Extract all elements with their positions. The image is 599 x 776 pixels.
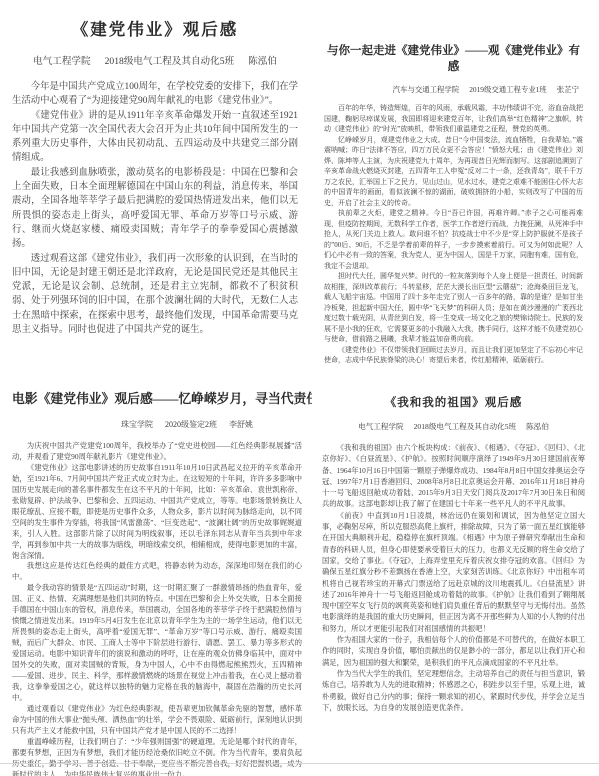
byline-college: 珠宝学院 — [121, 420, 153, 429]
essay-paragraph: 百年的年华，铸造辉煌，百年的风雨，承载风霜，丰功伟绩讲不完，浴血奋战把国建，鞠躬… — [324, 103, 583, 135]
essay-paragraph: 重温峥嵘历程，让我们明白了：“少年强则国强”的硬道理。无论是哪个时代的青年，都要… — [12, 737, 302, 776]
byline-class: 2018级电气工程及其自动化5班 — [105, 56, 235, 67]
essay-body: 今年是中国共产党成立100周年，在学校党委的安排下，我们在学生活动中心观看了“为… — [12, 80, 298, 337]
essay-byline: 电气工程学院2018级电气工程及其自动化5班陈泓伯 — [322, 421, 585, 432]
essay-paragraph: 《建党伟业》讲的是从1911年辛亥革命爆发开始一直叙述至1921年中国共产党第一… — [12, 109, 298, 166]
essay-walk-into-jiandangweiye: 与你一起走进《建党伟业》——观《建党伟业》有感 汽车与交通工程学院2019级交通… — [312, 0, 599, 378]
byline-class: 2018级电气工程及其自动化5班 — [414, 422, 517, 431]
essay-paragraph: 作为当代大学生的我们，坚定理想信念，主动培养自己的责任与担当意识，锻炼自己，培养… — [322, 668, 585, 713]
essay-title: 电影《建党伟业》观后感——忆峥嵘岁月，寻当代责任 — [12, 388, 302, 407]
essay-body: 百年的年华，铸造辉煌，百年的风雨，承载风霜，丰功伟绩讲不完，浴血奋战把国建，鞠躬… — [324, 103, 583, 366]
essay-byline: 汽车与交通工程学院2019级交通工程专业1班张芷宁 — [324, 84, 583, 95]
essay-paragraph: 为庆祝中国共产党建党100周年，我校举办了“党史进校园——红色经典影视展播”活动… — [12, 441, 302, 463]
byline-college: 汽车与交通工程学院 — [393, 85, 460, 94]
essay-body: 为庆祝中国共产党建党100周年，我校举办了“党史进校园——红色经典影视展播”活动… — [12, 441, 302, 776]
essay-body: 《我和我的祖国》由六个板块构成：《前夜》、《相遇》、《夺冠》、《回归》、《北京你… — [322, 442, 585, 713]
byline-class: 2019级交通工程专业1班 — [469, 85, 547, 94]
essay-title: 《我和我的祖国》观后感 — [322, 394, 585, 410]
essay-paragraph: 最令我动容的情景是“五四运动”时期，这一时期汇聚了一群激情昂扬的热血青年，爱国、… — [12, 583, 302, 703]
essay-byline: 珠宝学院2020级鉴定2班李舒姚 — [12, 419, 302, 430]
byline-college: 电气工程学院 — [358, 422, 404, 431]
essay-paragraph: 执前辈之火炬，建党之精神。今日“吾已许国，再难许卿。”赤子之心可能再难现，但疫防… — [324, 208, 583, 271]
byline-author: 陈泓伯 — [526, 422, 549, 431]
essay-byline: 电气工程学院2018级电气工程及其自动化5班陈泓伯 — [12, 53, 298, 67]
essay-title: 《建党伟业》观后感 — [12, 16, 298, 40]
byline-author: 张芷宁 — [557, 85, 579, 94]
essay-paragraph: 忆峥嵘岁月，观建党伟业之大成。昔日“今中国变法，流血牺牲，自我辈始。”震震呐喊；… — [324, 135, 583, 209]
essay-movie-jiandangweiye-review: 电影《建党伟业》观后感——忆峥嵘岁月，寻当代责任 珠宝学院2020级鉴定2班李舒… — [0, 378, 312, 776]
essay-paragraph: 我想这应是传达红色经典的最佳方式吧，将静态转为动态，深深地印刻在我们的心中。 — [12, 561, 302, 583]
essay-jiandangweiye-review: 《建党伟业》观后感 电气工程学院2018级电气工程及其自动化5班陈泓伯 今年是中… — [0, 0, 312, 378]
essay-paragraph: 通过观看以《建党伟业》为红色经典影视，使吾辈更加钦佩革命先驱的智慧，感怀革命为中… — [12, 704, 302, 737]
essay-paragraph: 透过观看这部《建党伟业》，我们再一次形象的认识到，在当时的旧中国，无论是封建王朝… — [12, 252, 298, 338]
byline-class: 2020级鉴定2班 — [165, 420, 217, 429]
document-page: 《建党伟业》观后感 电气工程学院2018级电气工程及其自动化5班陈泓伯 今年是中… — [0, 0, 599, 776]
essay-paragraph: 担时代大任，圆华复兴梦。时代的一粒灰落到每个人身上便是一担责任，时间新故相推，深… — [324, 271, 583, 345]
byline-author: 李舒姚 — [229, 420, 253, 429]
essay-me-and-my-motherland-review: 《我和我的祖国》观后感 电气工程学院2018级电气工程及其自动化5班陈泓伯 《我… — [312, 378, 599, 776]
byline-college: 电气工程学院 — [33, 56, 91, 67]
essay-paragraph: 最让我感到血脉喷张，激动莫名的电影桥段是：中国在巴黎和会上全面失败，日本全面理解… — [12, 166, 298, 252]
essay-paragraph: 《前夜》中直到10月1日凌晨，林治远仍在策划和调试，因为他坚定立国大事，必鞠躬尽… — [322, 510, 585, 634]
essay-paragraph: 今年是中国共产党成立100周年，在学校党委的安排下，我们在学生活动中心观看了“为… — [12, 80, 298, 109]
page-bottom-divider — [0, 763, 599, 764]
essay-paragraph: 《建党伟业》不仅带领我们回顾过去岁月，而且让我们更加坚定了不忘初心牢记使命，志成… — [324, 345, 583, 366]
essay-paragraph: 《我和我的祖国》由六个板块构成：《前夜》、《相遇》、《夺冠》、《回归》、《北京你… — [322, 442, 585, 510]
byline-author: 陈泓伯 — [248, 56, 277, 67]
essay-paragraph: 《建党伟业》这部电影讲述的历史故事自1911年10月10日武昌起义拉开的辛亥革命… — [12, 463, 302, 562]
essay-paragraph: 作为祖国大家的一份子，我相信每个人的价值都是不可替代的，在做好本职工作的同时，实… — [322, 634, 585, 668]
essay-title: 与你一起走进《建党伟业》——观《建党伟业》有感 — [324, 42, 583, 74]
